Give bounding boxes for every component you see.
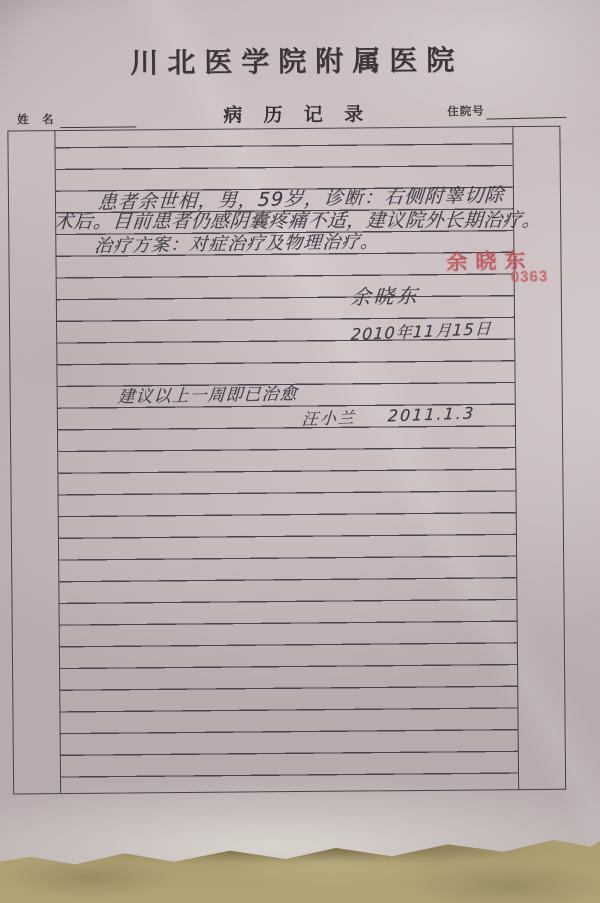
- signature-date-2: 2011.1.3: [387, 403, 476, 425]
- admission-no-label: 住院号: [447, 106, 485, 119]
- stamp-number-text: 0363: [511, 269, 549, 286]
- admission-no-blank-line: [486, 104, 566, 120]
- admission-number-field: 住院号: [447, 100, 566, 121]
- red-name-stamp: 余晓东 0363: [446, 249, 548, 288]
- hospital-name: 川北医学院附属医院: [0, 37, 597, 82]
- handwritten-note1-line3: 治疗方案：对症治疗及物理治疗。: [93, 227, 380, 257]
- doctor-signature-1: 余晓东: [350, 279, 421, 310]
- record-sheet: 川北医学院附属医院 姓 名 病 历 记 录 住院号 患者余世相，男，59岁，诊断…: [0, 0, 600, 863]
- handwritten-note2-line1: 建议以上一周即已治愈: [117, 379, 299, 407]
- header-meta-row: 姓 名 病 历 记 录 住院号: [0, 95, 597, 126]
- paper-sheet: 川北医学院附属医院 姓 名 病 历 记 录 住院号 患者余世相，男，59岁，诊断…: [0, 0, 600, 876]
- photo-of-medical-record: 川北医学院附属医院 姓 名 病 历 记 录 住院号 患者余世相，男，59岁，诊断…: [0, 0, 600, 903]
- doctor-signature-2: 汪小兰: [301, 405, 357, 430]
